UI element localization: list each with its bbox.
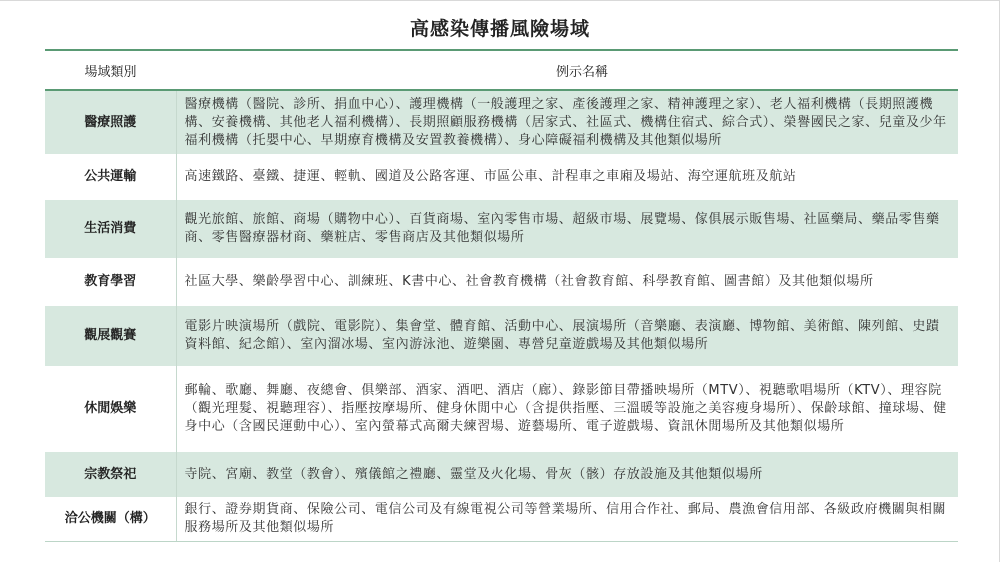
table-row: 宗教祭祀 寺院、宮廟、教堂（教會）、殯儀館之禮廳、靈堂及火化場、骨灰（骸）存放設… xyxy=(45,452,958,497)
category-cell: 教育學習 xyxy=(45,258,176,306)
table-row: 公共運輸 高速鐵路、臺鐵、捷運、輕軌、國道及公路客運、市區公車、計程車之車廂及場… xyxy=(45,154,958,200)
table-row: 醫療照護 醫療機構（醫院、診所、捐血中心）、護理機構（一般護理之家、產後護理之家… xyxy=(45,90,958,154)
column-header-category: 場域類別 xyxy=(45,50,176,90)
examples-cell: 社區大學、樂齡學習中心、訓練班、K書中心、社會教育機構（社會教育館、科學教育館、… xyxy=(176,258,958,306)
examples-cell: 寺院、宮廟、教堂（教會）、殯儀館之禮廳、靈堂及火化場、骨灰（骸）存放設施及其他類… xyxy=(176,452,958,497)
venue-risk-table: 場域類別 例示名稱 醫療照護 醫療機構（醫院、診所、捐血中心）、護理機構（一般護… xyxy=(45,49,958,542)
table-row: 洽公機關（構） 銀行、證券期貨商、保險公司、電信公司及有線電視公司等營業場所、信… xyxy=(45,497,958,542)
examples-cell: 電影片映演場所（戲院、電影院）、集會堂、體育館、活動中心、展演場所（音樂廳、表演… xyxy=(176,306,958,366)
page-title: 高感染傳播風險場域 xyxy=(0,14,1000,41)
examples-cell: 醫療機構（醫院、診所、捐血中心）、護理機構（一般護理之家、產後護理之家、精神護理… xyxy=(176,90,958,154)
examples-cell: 觀光旅館、旅館、商場（購物中心）、百貨商場、室內零售市場、超級市場、展覽場、傢俱… xyxy=(176,200,958,258)
examples-cell: 郵輪、歌廳、舞廳、夜總會、俱樂部、酒家、酒吧、酒店（廊）、錄影節目帶播映場所（M… xyxy=(176,366,958,452)
category-cell: 醫療照護 xyxy=(45,90,176,154)
table-row: 生活消費 觀光旅館、旅館、商場（購物中心）、百貨商場、室內零售市場、超級市場、展… xyxy=(45,200,958,258)
category-cell: 宗教祭祀 xyxy=(45,452,176,497)
category-cell: 生活消費 xyxy=(45,200,176,258)
table-row: 教育學習 社區大學、樂齡學習中心、訓練班、K書中心、社會教育機構（社會教育館、科… xyxy=(45,258,958,306)
table-row: 休閒娛樂 郵輪、歌廳、舞廳、夜總會、俱樂部、酒家、酒吧、酒店（廊）、錄影節目帶播… xyxy=(45,366,958,452)
category-cell: 觀展觀賽 xyxy=(45,306,176,366)
category-cell: 公共運輸 xyxy=(45,154,176,200)
table-row: 觀展觀賽 電影片映演場所（戲院、電影院）、集會堂、體育館、活動中心、展演場所（音… xyxy=(45,306,958,366)
column-header-examples: 例示名稱 xyxy=(176,50,958,90)
category-cell: 休閒娛樂 xyxy=(45,366,176,452)
examples-cell: 高速鐵路、臺鐵、捷運、輕軌、國道及公路客運、市區公車、計程車之車廂及場站、海空運… xyxy=(176,154,958,200)
examples-cell: 銀行、證券期貨商、保險公司、電信公司及有線電視公司等營業場所、信用合作社、郵局、… xyxy=(176,497,958,542)
category-cell: 洽公機關（構） xyxy=(45,497,176,542)
table-header-row: 場域類別 例示名稱 xyxy=(45,50,958,90)
